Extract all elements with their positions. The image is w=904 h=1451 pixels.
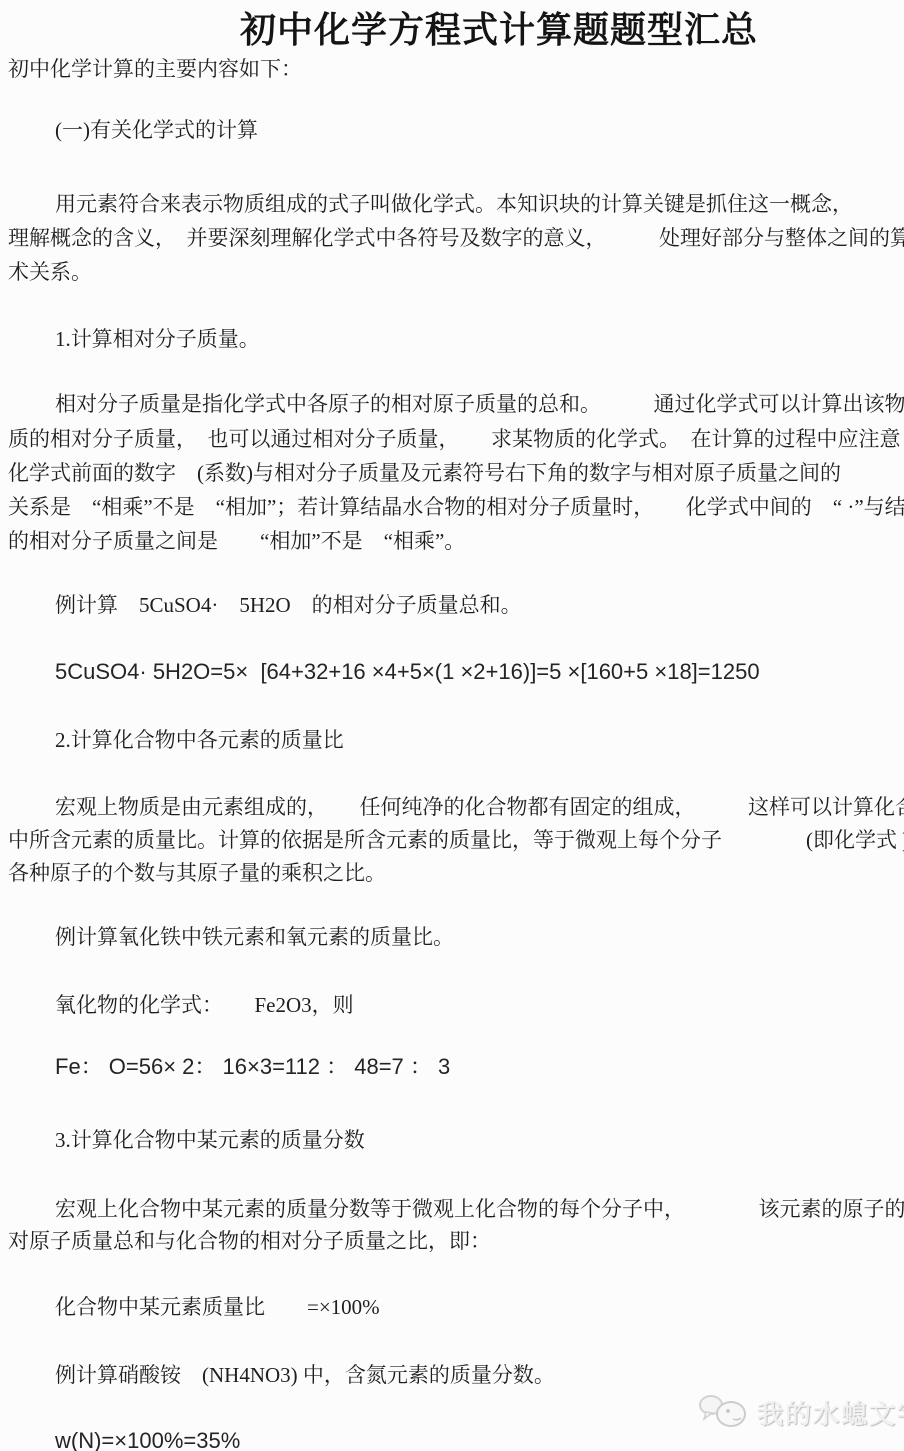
- para-1-line-2: 理解概念的含义， 并要深刻理解化学式中各符号及数字的意义， 处理好部分与整体之间…: [8, 226, 904, 251]
- example-3-line: 例计算硝酸铵 (NH4NO3) 中，含氮元素的质量分数。: [55, 1363, 555, 1388]
- watermark-label: 我的水螅文字: [757, 1394, 904, 1431]
- section-1-heading: (一)有关化学式的计算: [55, 118, 258, 143]
- formula-cuso4: 5CuSO4· 5H2O=5× [64+32+16 ×4+5×(1 ×2+16)…: [55, 659, 760, 684]
- para-2-line-4: 关系是 “相乘”不是 “相加”；若计算结晶水合物的相对分子质量时， 化学式中间的…: [8, 495, 904, 520]
- heading-3: 3.计算化合物中某元素的质量分数: [55, 1128, 365, 1153]
- formula-mass-fraction: 化合物中某元素质量比 =×100%: [55, 1295, 380, 1320]
- watermark: 我的水螅文字: [698, 1392, 904, 1432]
- para-2-line-3: 化学式前面的数字 (系数)与相对分子质量及元素符号右下角的数字与相对原子质量之间…: [8, 461, 841, 486]
- formula-wn: w(N)=×100%=35%: [55, 1428, 240, 1451]
- para-1-line-1: 用元素符合来表示物质组成的式子叫做化学式。本知识块的计算关键是抓住这一概念，: [55, 192, 853, 217]
- example-1-line: 例计算 5CuSO4· 5H2O 的相对分子质量总和。: [55, 593, 522, 618]
- formula-fe-ratio: Fe： O=56× 2： 16×3=112 ： 48=7 ： 3: [55, 1054, 450, 1079]
- para-4-line-2: 对原子质量总和与化合物的相对分子质量之比，即：: [8, 1229, 491, 1254]
- page-title: 初中化学方程式计算题题型汇总: [240, 2, 758, 53]
- para-4-line-1: 宏观上化合物中某元素的质量分数等于微观上化合物的每个分子中， 该元素的原子的相: [55, 1197, 904, 1222]
- para-3-line-1: 宏观上物质是由元素组成的， 任何纯净的化合物都有固定的组成， 这样可以计算化合物: [55, 795, 904, 820]
- formula-fe2o3-label: 氧化物的化学式： Fe2O3，则: [55, 993, 354, 1018]
- example-2-line: 例计算氧化铁中铁元素和氧元素的质量比。: [55, 925, 454, 950]
- para-3-line-2: 中所含元素的质量比。计算的依据是所含元素的质量比，等于微观上每个分子 (即化学式…: [8, 828, 904, 853]
- document-page: 初中化学方程式计算题题型汇总 初中化学计算的主要内容如下： (一)有关化学式的计…: [0, 0, 904, 1451]
- heading-1: 1.计算相对分子质量。: [55, 327, 260, 352]
- para-2-line-5: 的相对分子质量之间是 “相加”不是 “相乘”。: [8, 529, 465, 554]
- chat-bubbles-icon: [698, 1392, 750, 1432]
- para-3-line-3: 各种原子的个数与其原子量的乘积之比。: [8, 861, 386, 886]
- intro-line: 初中化学计算的主要内容如下：: [8, 57, 302, 82]
- heading-2: 2.计算化合物中各元素的质量比: [55, 728, 344, 753]
- para-2-line-2: 质的相对分子质量， 也可以通过相对分子质量， 求某物质的化学式。 在计算的过程中…: [8, 427, 901, 452]
- para-2-line-1: 相对分子质量是指化学式中各原子的相对原子质量的总和。 通过化学式可以计算出该物: [55, 392, 904, 417]
- para-1-line-3: 术关系。: [8, 260, 92, 285]
